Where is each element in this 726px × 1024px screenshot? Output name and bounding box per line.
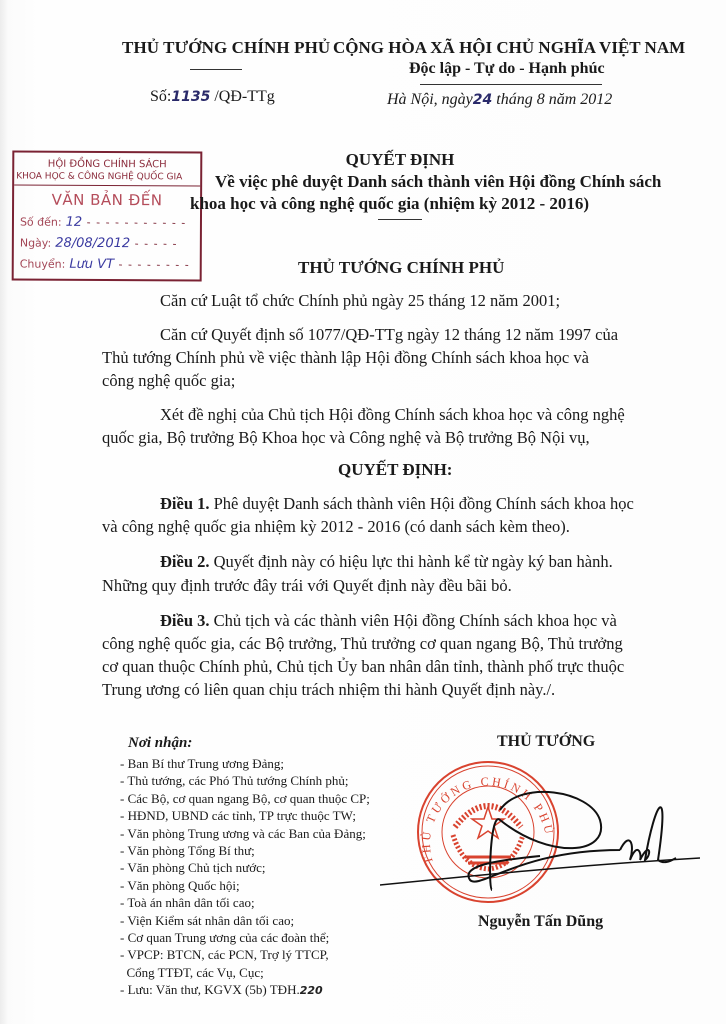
proposal-line2: quốc gia, Bộ trưởng Bộ Khoa học và Công …	[102, 428, 590, 448]
archive-handwritten-number: 220	[300, 984, 323, 997]
recipient-item: - Toà án nhân dân tối cao;	[120, 895, 255, 911]
place-and-date: Hà Nội, ngày24 tháng 8 năm 2012	[387, 91, 612, 109]
doc-number-handwritten: 1135	[171, 89, 210, 105]
article-3-label: Điều 3.	[160, 611, 210, 630]
article-3-line4: Trung ương có liên quan chịu trách nhiệm…	[102, 680, 555, 700]
document-subject-line1: Về việc phê duyệt Danh sách thành viên H…	[215, 172, 661, 192]
basis-2-line2: Thủ tướng Chính phủ về việc thành lập Hộ…	[102, 348, 589, 368]
recipient-item: - Các Bộ, cơ quan ngang Bộ, cơ quan thuộ…	[120, 791, 370, 807]
recipient-item: - HĐND, UBND các tỉnh, TP trực thuộc TW;	[120, 808, 356, 824]
stamp-date-value: 28/08/2012	[55, 236, 130, 251]
signatory-title: THỦ TƯỚNG	[497, 733, 595, 751]
decision-heading: QUYẾT ĐỊNH:	[338, 460, 452, 480]
article-3-line3: cơ quan thuộc Chính phủ, Chủ tịch Ủy ban…	[102, 657, 624, 677]
stamp-number-row: Số đến:12 - - - - - - - - - - -	[20, 215, 186, 231]
signatory-name: Nguyễn Tấn Dũng	[478, 913, 603, 931]
basis-1: Căn cứ Luật tổ chức Chính phủ ngày 25 th…	[160, 291, 560, 311]
motto-underline	[420, 84, 602, 85]
national-motto: Độc lập - Tự do - Hạnh phúc	[409, 60, 605, 78]
stamp-transfer-row: Chuyển:Lưu VT - - - - - - - -	[20, 257, 190, 273]
arrival-stamp: HỘI ĐỒNG CHÍNH SÁCH KHOA HỌC & CÔNG NGHỆ…	[12, 151, 203, 282]
recipient-item: - Văn phòng Chủ tịch nước;	[120, 860, 265, 876]
article-1-line2: và công nghệ quốc gia nhiệm kỳ 2012 - 20…	[102, 517, 570, 537]
basis-2-line1: Căn cứ Quyết định số 1077/QĐ-TTg ngày 12…	[160, 325, 618, 345]
recipient-item: - Văn phòng Trung ương và các Ban của Đả…	[120, 826, 366, 842]
stamp-org-line2: KHOA HỌC & CÔNG NGHỆ QUỐC GIA	[16, 172, 182, 183]
stamp-date-row: Ngày:28/08/2012 - - - - -	[20, 236, 178, 252]
date-suffix: tháng 8 năm 2012	[496, 91, 612, 108]
stamp-divider	[14, 185, 200, 187]
basis-2-line3: công nghệ quốc gia;	[102, 371, 235, 391]
handwritten-signature	[380, 760, 700, 900]
stamp-transfer-value: Lưu VT	[69, 257, 114, 272]
recipient-item: - Lưu: Văn thư, KGVX (5b) TĐH.220	[120, 982, 323, 998]
stamp-date-label: Ngày:	[20, 237, 51, 250]
stamp-number-value: 12	[66, 215, 83, 230]
stamp-heading: VĂN BẢN ĐẾN	[14, 191, 200, 210]
article-2-line2: Những quy định trước đây trái với Quyết …	[102, 576, 512, 596]
national-title: CỘNG HÒA XÃ HỘI CHỦ NGHĨA VIỆT NAM	[333, 38, 685, 58]
article-2-line1: Điều 2. Quyết định này có hiệu lực thi h…	[160, 552, 613, 572]
document-page: THỦ TƯỚNG CHÍNH PHỦ CỘNG HÒA XÃ HỘI CHỦ …	[0, 0, 726, 1024]
recipients-title: Nơi nhận:	[128, 735, 192, 752]
doc-number-prefix: Số:	[150, 88, 171, 105]
place-prefix: Hà Nội, ngày	[387, 91, 473, 108]
article-3-line1: Điều 3. Chủ tịch và các thành viên Hội đ…	[160, 611, 617, 631]
stamp-org-line1: HỘI ĐỒNG CHÍNH SÁCH	[14, 159, 200, 171]
recipient-item: - Văn phòng Quốc hội;	[120, 878, 240, 894]
article-3-line2: công nghệ quốc gia, các Bộ trưởng, Thủ t…	[102, 634, 623, 654]
stamp-number-label: Số đến:	[20, 216, 62, 229]
title-underline	[378, 219, 422, 220]
issuer-name: THỦ TƯỚNG CHÍNH PHỦ	[122, 38, 330, 58]
authority-heading: THỦ TƯỚNG CHÍNH PHỦ	[298, 258, 504, 278]
issuer-underline	[190, 69, 242, 70]
article-1-label: Điều 1.	[160, 494, 210, 513]
recipient-item: - Viện Kiểm sát nhân dân tối cao;	[120, 913, 294, 929]
document-subject-line2: khoa học và công nghệ quốc gia (nhiệm kỳ…	[190, 194, 589, 214]
proposal-line1: Xét đề nghị của Chủ tịch Hội đồng Chính …	[160, 405, 625, 425]
stamp-transfer-label: Chuyển:	[20, 258, 66, 271]
recipient-item: Cổng TTĐT, các Vụ, Cục;	[120, 965, 264, 981]
document-number: Số:1135 /QĐ-TTg	[150, 88, 275, 106]
recipient-item: - Văn phòng Tổng Bí thư;	[120, 843, 255, 859]
recipient-item: - Thủ tướng, các Phó Thủ tướng Chính phủ…	[120, 773, 349, 789]
article-1-line1: Điều 1. Phê duyệt Danh sách thành viên H…	[160, 494, 634, 514]
recipient-item: - Ban Bí thư Trung ương Đảng;	[120, 756, 284, 772]
recipient-item: - VPCP: BTCN, các PCN, Trợ lý TTCP,	[120, 947, 329, 963]
article-2-label: Điều 2.	[160, 552, 210, 571]
doc-number-suffix: /QĐ-TTg	[214, 88, 274, 105]
day-handwritten: 24	[473, 92, 492, 108]
document-title: QUYẾT ĐỊNH	[300, 150, 500, 170]
recipient-item: - Cơ quan Trung ương của các đoàn thể;	[120, 930, 329, 946]
